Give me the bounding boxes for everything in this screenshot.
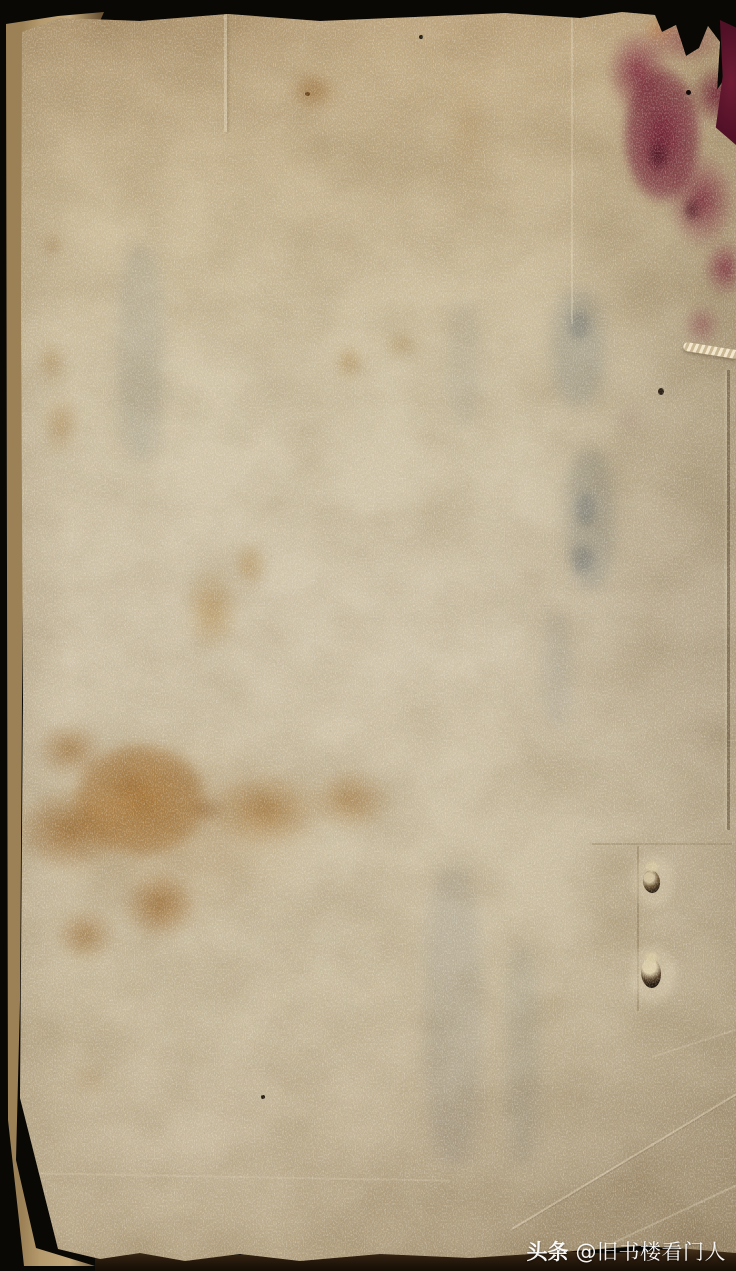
ink-bleed-spot [576, 492, 596, 526]
ink-bleed-column [543, 612, 571, 727]
book-cover-page [0, 0, 736, 1271]
watermark-handle: @旧书楼看门人 [576, 1242, 727, 1263]
horizontal-crease [592, 843, 732, 845]
right-fold-seam [727, 370, 730, 830]
ink-bleed-spot [572, 545, 594, 573]
binding-hole-paper-flap [646, 862, 658, 872]
dark-speck [261, 1095, 265, 1099]
center-stain-left [323, 330, 375, 394]
dark-speck [305, 92, 310, 96]
dark-speck [686, 90, 691, 95]
upper-left-stain [34, 222, 70, 270]
center-stain-right [370, 320, 432, 368]
photo-of-antique-book-cover: 头条 @旧书楼看门人 [0, 0, 736, 1271]
ink-bleed-column [552, 290, 604, 405]
watermark: 头条 @旧书楼看门人 [527, 1242, 727, 1263]
small-top-stain [278, 60, 348, 122]
vertical-crease [224, 14, 227, 132]
dark-speck [419, 35, 423, 39]
ink-bleed-column [505, 945, 539, 1165]
ink-bleed-column [424, 865, 482, 1165]
bottom-left-faint-stain [58, 1048, 122, 1112]
large-water-stain [10, 690, 410, 970]
watermark-brand: 头条 [527, 1242, 569, 1263]
ink-bleed-column [118, 245, 163, 460]
maroon-dye-stain-core [630, 120, 720, 250]
top-streak-stain [436, 36, 500, 246]
vertical-crease [571, 14, 573, 324]
medium-stain [150, 520, 280, 680]
binding-hole-paper-flap [645, 952, 658, 963]
faint-purple-smudge [608, 400, 652, 440]
dark-speck [658, 388, 664, 395]
left-edge-stain [26, 328, 90, 468]
ink-bleed-column [448, 300, 480, 425]
